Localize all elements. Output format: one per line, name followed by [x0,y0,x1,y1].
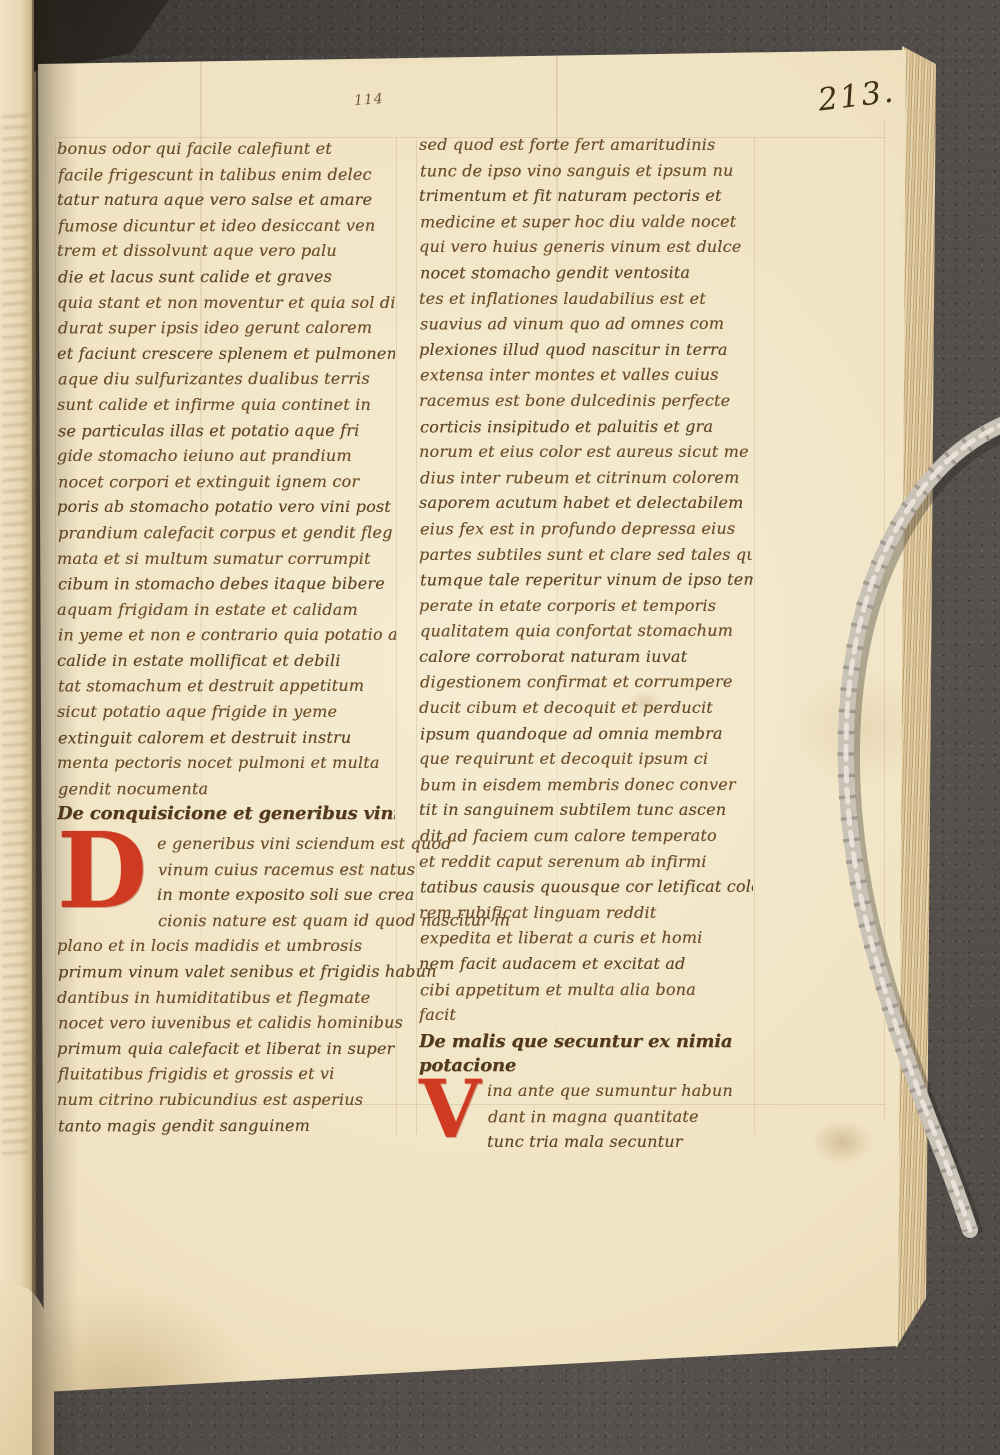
manuscript-line: sunt calide et infirme quia continet in [57,392,395,418]
manuscript-line: dit ad faciem cum calore temperato [420,823,753,849]
manuscript-line: trimentum et fit naturam pectoris et [419,183,752,209]
manuscript-line: et faciunt crescere splenem et pulmonem [57,341,395,367]
manuscript-line: nocet stomacho gendit ventosita [420,260,753,286]
ruling-line [884,120,885,1120]
manuscript-line: ipsum quandoque ad omnia membra [420,720,753,746]
manuscript-line: qualitatem quia confortat stomachum [420,618,753,644]
manuscript-line: tumque tale reperitur vinum de ipso tem [420,567,753,593]
manuscript-line: gendit nocumenta [58,775,396,801]
right-chapter-paragraph: V ina ante que sumuntur habundant in mag… [419,1078,752,1155]
manuscript-line: eius fex est in profundo depressa eius [420,516,753,542]
ruling-line [55,138,56,1134]
manuscript-line: vinum cuius racemus est natus [58,856,396,882]
manuscript-line: facile frigescunt in talibus enim delec [58,161,396,187]
manuscript-line: sicut potatio aque frigide in yeme [57,699,395,725]
manuscript-line: tunc de ipso vino sanguis et ipsum nu [420,157,753,183]
manuscript-line: se particulas illas et potatio aque fri [58,417,396,443]
manuscript-line: et reddit caput serenum ab infirmi [419,849,752,875]
previous-page-text-blur [2,110,28,1160]
manuscript-line: dius inter rubeum et citrinum colorem [420,464,753,490]
manuscript-line: medicine et super hoc diu valde nocet [420,208,753,234]
previous-page-edge [0,0,36,1455]
manuscript-line: gide stomacho ieiuno aut prandium [57,443,395,469]
manuscript-line: perate in etate corporis et temporis [419,593,752,619]
manuscript-page: 114 213. bonus odor qui facile calefiunt… [0,0,1000,1455]
manuscript-line: ducit cibum et decoquit et perducit [419,695,752,721]
manuscript-line: norum et eius color est aureus sicut me [419,439,752,465]
manuscript-line: menta pectoris nocet pulmoni et multa [57,750,395,776]
photo-background: 114 213. bonus odor qui facile calefiunt… [0,0,1000,1455]
manuscript-line: trem et dissolvunt aque vero palu [57,238,395,264]
parchment-stain [812,1120,872,1164]
manuscript-line: qui vero huius generis vinum est dulce [419,234,752,260]
manuscript-line: plexiones illud quod nascitur in terra [419,337,752,363]
manuscript-line: dant in magna quantitate [420,1103,753,1129]
manuscript-line: suavius ad vinum quo ad omnes com [420,311,753,337]
manuscript-line: bum in eisdem membris donec conver [420,771,753,797]
folio-number: 114 [353,91,384,109]
manuscript-line: calide in estate mollificat et debili [57,648,395,674]
manuscript-line: die et lacus sunt calide et graves [58,264,396,290]
ruling-line [754,138,755,1134]
manuscript-line: tit in sanguinem subtilem tunc ascen [419,797,752,823]
manuscript-line: saporem acutum habet et delectabilem [419,490,752,516]
manuscript-line: quia stant et non moventur et quia sol d… [57,290,395,316]
rubric-line: De malis que secuntur ex nimia [419,1030,752,1054]
manuscript-line: num citrino rubicundius est asperius [57,1087,395,1113]
manuscript-line: facit [419,1002,752,1028]
manuscript-line: corticis insipitudo et paluitis et gra [420,413,753,439]
manuscript-line: poris ab stomacho potatio vero vini post [57,494,395,520]
manuscript-line: tanto magis gendit sanguinem [58,1112,396,1138]
manuscript-line: fumose dicuntur et ideo desiccant ven [58,212,396,238]
manuscript-line: cibi appetitum et multa alia bona [420,976,753,1002]
manuscript-line: in yeme et non e contrario quia potatio … [58,622,396,648]
manuscript-line: nocet vero iuvenibus et calidis hominibu… [58,1010,396,1036]
manuscript-line: cionis nature est quam id quod nascitur … [58,907,396,933]
manuscript-line: tatibus causis quousque cor letificat co… [420,874,753,900]
manuscript-line: mata et si multum sumatur corrumpit [57,546,395,572]
manuscript-line: nocet corpori et extinguit ignem cor [58,468,396,494]
right-text-column: sed quod est forte fert amaritudinistunc… [419,132,752,1028]
manuscript-line: sed quod est forte fert amaritudinis [419,132,752,158]
manuscript-line: partes subtiles sunt et clare sed tales … [419,542,752,568]
manuscript-line: durat super ipsis ideo gerunt calorem [58,315,396,341]
manuscript-line: bonus odor qui facile calefiunt et [57,136,395,162]
manuscript-line: primum quia calefacit et liberat in supe… [57,1036,395,1062]
manuscript-line: tat stomachum et destruit appetitum [58,673,396,699]
left-chapter-paragraph: D e generibus vini sciendum est quodvinu… [57,831,395,1138]
manuscript-line: fluitatibus frigidis et grossis et vi [58,1061,396,1087]
left-text-column: bonus odor qui facile calefiunt etfacile… [57,136,395,801]
manuscript-line: extensa inter montes et valles cuius [420,362,753,388]
manuscript-line: racemus est bone dulcedinis perfecte [419,388,752,414]
page-number: 213. [816,73,897,118]
manuscript-line: extinguit calorem et destruit instru [58,724,396,750]
manuscript-line: plano et in locis madidis et umbrosis [57,933,395,959]
manuscript-line: tes et inflationes laudabilius est et [419,286,752,312]
manuscript-line: tatur natura aque vero salse et amare [57,187,395,213]
manuscript-line: nem facit audacem et excitat ad [419,951,752,977]
manuscript-line: que requirunt et decoquit ipsum ci [419,746,752,772]
ruling-line [416,138,417,1134]
manuscript-line: digestionem confirmat et corrumpere [420,669,753,695]
manuscript-line: primum vinum valet senibus et frigidis h… [58,959,396,985]
manuscript-line: expedita et liberat a curis et homi [420,925,753,951]
manuscript-line: dantibus in humiditatibus et flegmate [57,985,395,1011]
manuscript-line: cibum in stomacho debes itaque bibere [58,571,396,597]
manuscript-line: aque diu sulfurizantes dualibus terris [58,366,396,392]
ruling-line [396,138,397,1134]
manuscript-line: aquam frigidam in estate et calidam [57,597,395,623]
manuscript-line: calore corroborat naturam iuvat [419,644,752,670]
manuscript-line: prandium calefacit corpus et gendit fleg [58,520,396,546]
manuscript-line: rem rubificat linguam reddit [419,900,752,926]
